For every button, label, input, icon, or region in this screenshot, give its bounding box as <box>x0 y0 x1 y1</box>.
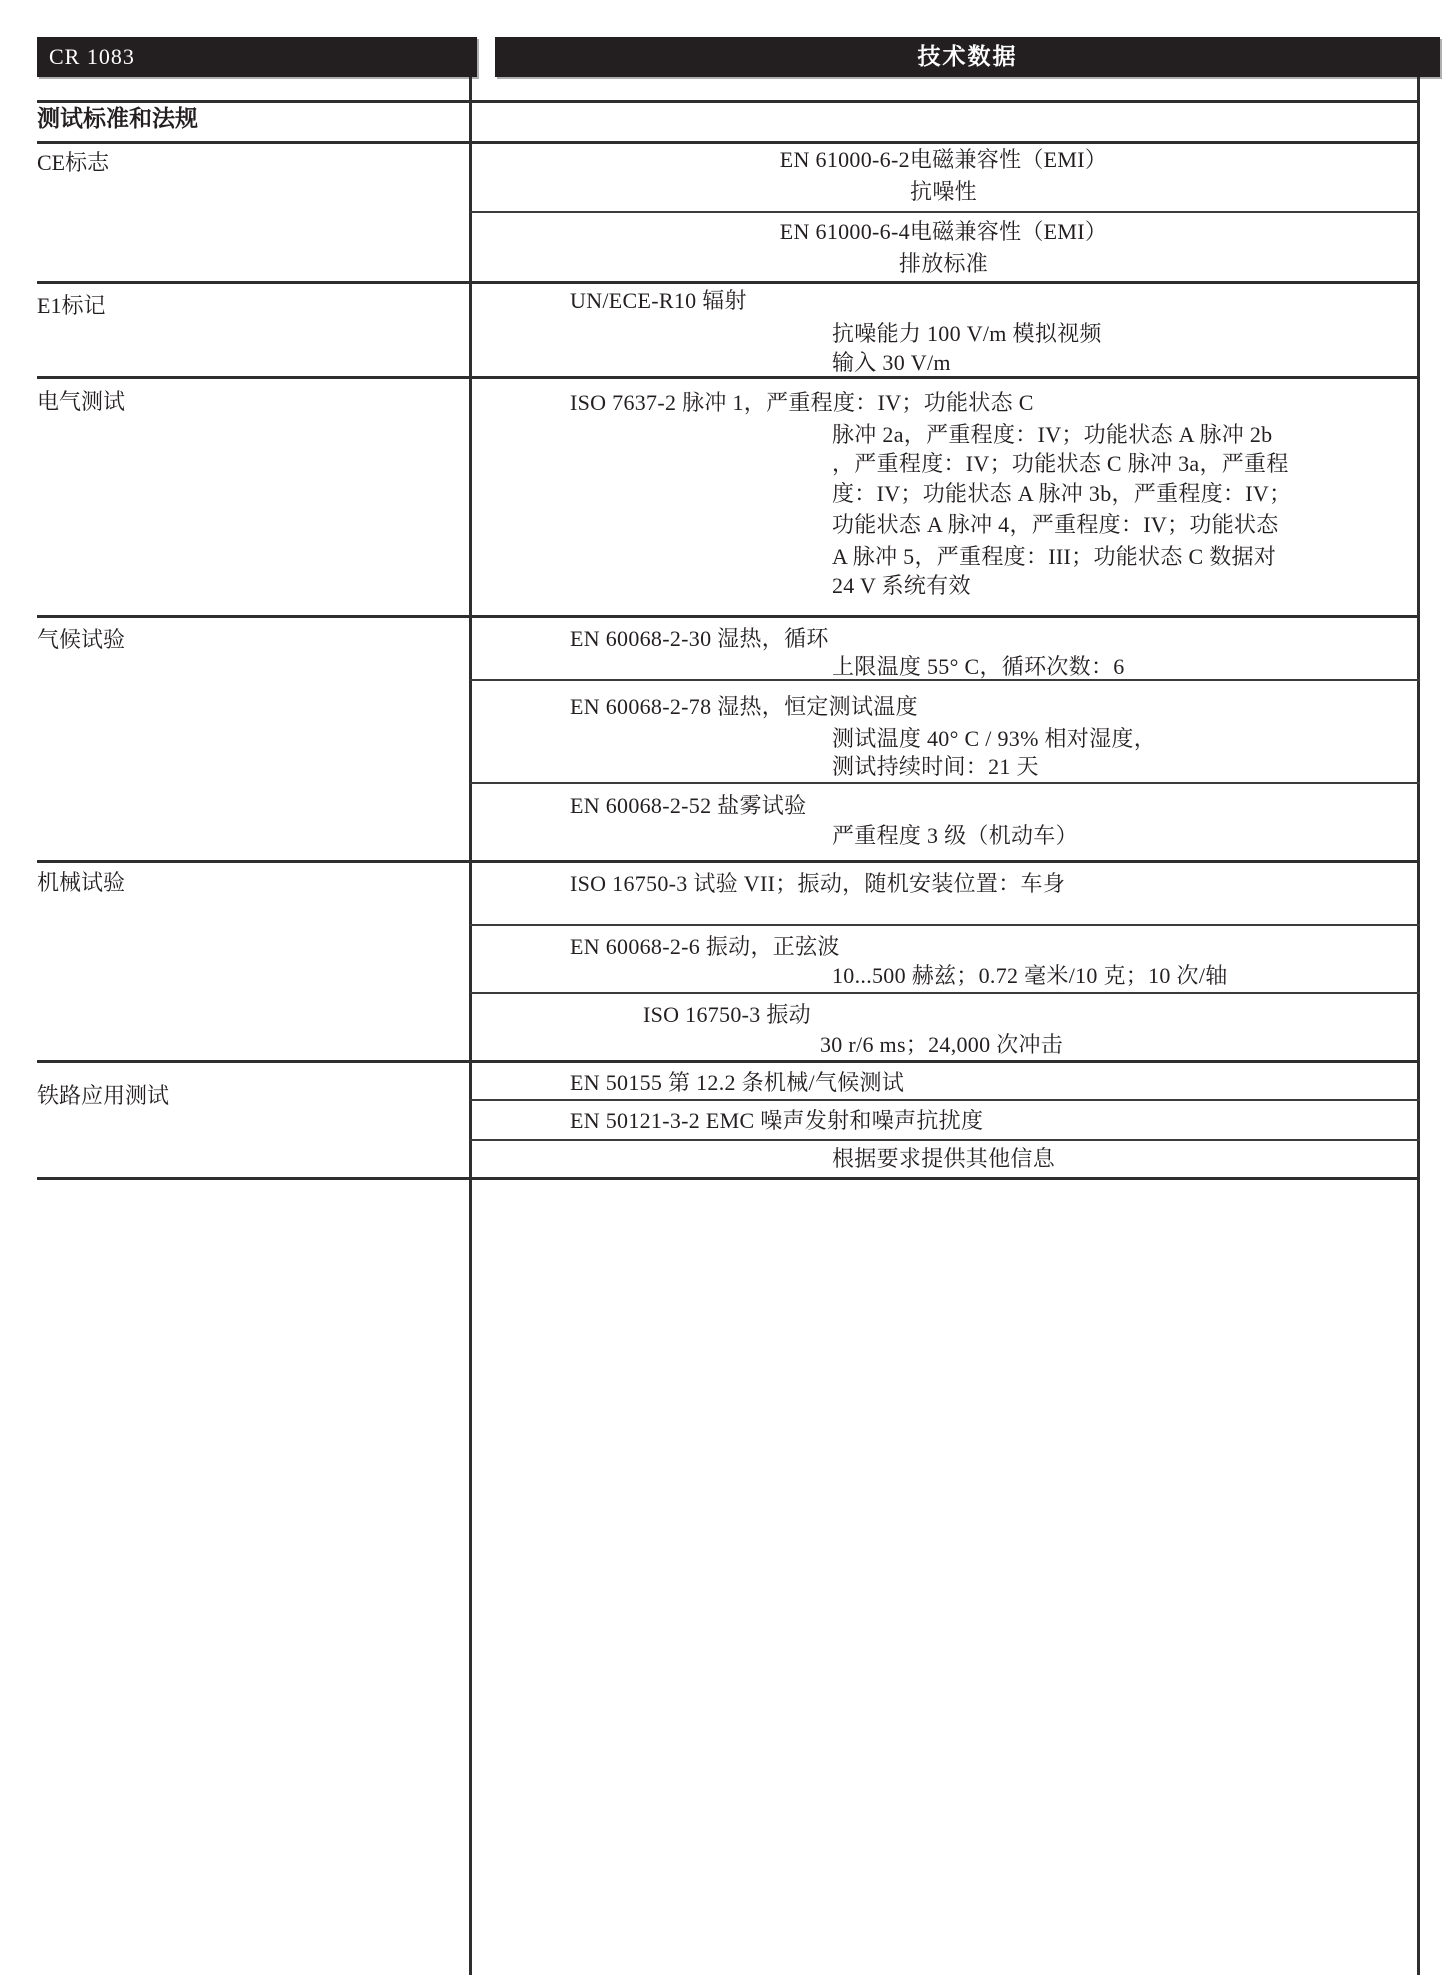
row-separator-right <box>470 924 1420 926</box>
row-separator-full <box>37 1060 1420 1063</box>
table-right-border-line <box>1417 77 1420 1975</box>
row-separator-right <box>470 679 1420 681</box>
spec-line: A 脉冲 5，严重程度：III；功能状态 C 数据对 <box>832 544 1276 569</box>
spec-line: EN 60068-2-52 盐雾试验 <box>570 793 806 818</box>
spec-line: EN 61000-6-2电磁兼容性（EMI） <box>470 147 1417 172</box>
spec-line: 上限温度 55° C，循环次数：6 <box>832 654 1125 679</box>
row-separator-full <box>37 100 1420 103</box>
table-title-bar: 技术数据 <box>495 37 1440 77</box>
column-divider-line <box>469 77 472 1975</box>
row-separator-right <box>470 782 1420 784</box>
row-separator-full <box>37 615 1420 618</box>
row-separator-full <box>37 1177 1420 1180</box>
spec-line: 根据要求提供其他信息 <box>832 1146 1055 1171</box>
spec-line: ISO 7637-2 脉冲 1，严重程度：IV；功能状态 C <box>570 390 1034 415</box>
row-separator-full <box>37 860 1420 863</box>
spec-line: 30 r/6 ms；24,000 次冲击 <box>820 1032 1063 1057</box>
section-row-label-mechanic: 机械试验 <box>37 870 125 896</box>
spec-line: 测试持续时间：21 天 <box>832 754 1039 779</box>
spec-line: 抗噪性 <box>470 179 1417 204</box>
spec-line: 度：IV；功能状态 A 脉冲 3b，严重程度：IV； <box>832 481 1291 506</box>
spec-line: 10...500 赫兹；0.72 毫米/10 克；10 次/轴 <box>832 963 1228 988</box>
row-separator-full <box>37 281 1420 284</box>
product-code-bar: CR 1083 <box>37 37 477 77</box>
section-row-label-railway: 铁路应用测试 <box>37 1083 169 1109</box>
spec-line: 脉冲 2a，严重程度：IV；功能状态 A 脉冲 2b <box>832 422 1272 447</box>
spec-line: EN 50155 第 12.2 条机械/气候测试 <box>570 1070 904 1095</box>
spec-line: EN 61000-6-4电磁兼容性（EMI） <box>470 219 1417 244</box>
section-row-label-e1: E1标记 <box>37 293 105 319</box>
product-code: CR 1083 <box>37 37 477 77</box>
section-group-header: 测试标准和法规 <box>37 106 198 132</box>
section-row-label-climate: 气候试验 <box>37 627 125 653</box>
row-separator-right <box>470 1139 1420 1141</box>
table-title: 技术数据 <box>495 37 1440 77</box>
section-row-label-electric: 电气测试 <box>37 389 125 415</box>
spec-line: EN 50121-3-2 EMC 噪声发射和噪声抗扰度 <box>570 1108 983 1133</box>
spec-line: 测试温度 40° C / 93% 相对湿度， <box>832 726 1156 751</box>
spec-line: 严重程度 3 级（机动车） <box>832 823 1078 848</box>
spec-line: ISO 16750-3 试验 VII；振动，随机安装位置：车身 <box>570 871 1065 896</box>
spec-line: 24 V 系统有效 <box>832 573 971 598</box>
spec-line: EN 60068-2-78 湿热，恒定测试温度 <box>570 694 918 719</box>
row-separator-right <box>470 992 1420 994</box>
spec-line: ISO 16750-3 振动 <box>643 1002 811 1027</box>
spec-line: EN 60068-2-30 湿热，循环 <box>570 626 829 651</box>
spec-line: 功能状态 A 脉冲 4，严重程度：IV；功能状态 <box>832 512 1279 537</box>
row-separator-full <box>37 141 1420 144</box>
row-separator-full <box>37 376 1420 379</box>
row-separator-right <box>470 211 1420 213</box>
spec-line: ，严重程度：IV；功能状态 C 脉冲 3a，严重程 <box>832 451 1289 476</box>
spec-line: 输入 30 V/m <box>832 350 951 375</box>
datasheet-page: CR 1083 技术数据 测试标准和法规 CE标志 E1标记 电气测试 气候试验… <box>0 0 1455 1975</box>
row-separator-right <box>470 1099 1420 1101</box>
spec-line: EN 60068-2-6 振动，正弦波 <box>570 934 840 959</box>
spec-line: 抗噪能力 100 V/m 模拟视频 <box>832 321 1102 346</box>
spec-line: 排放标准 <box>470 251 1417 276</box>
spec-line: UN/ECE-R10 辐射 <box>570 288 747 313</box>
section-row-label-ce: CE标志 <box>37 150 109 176</box>
